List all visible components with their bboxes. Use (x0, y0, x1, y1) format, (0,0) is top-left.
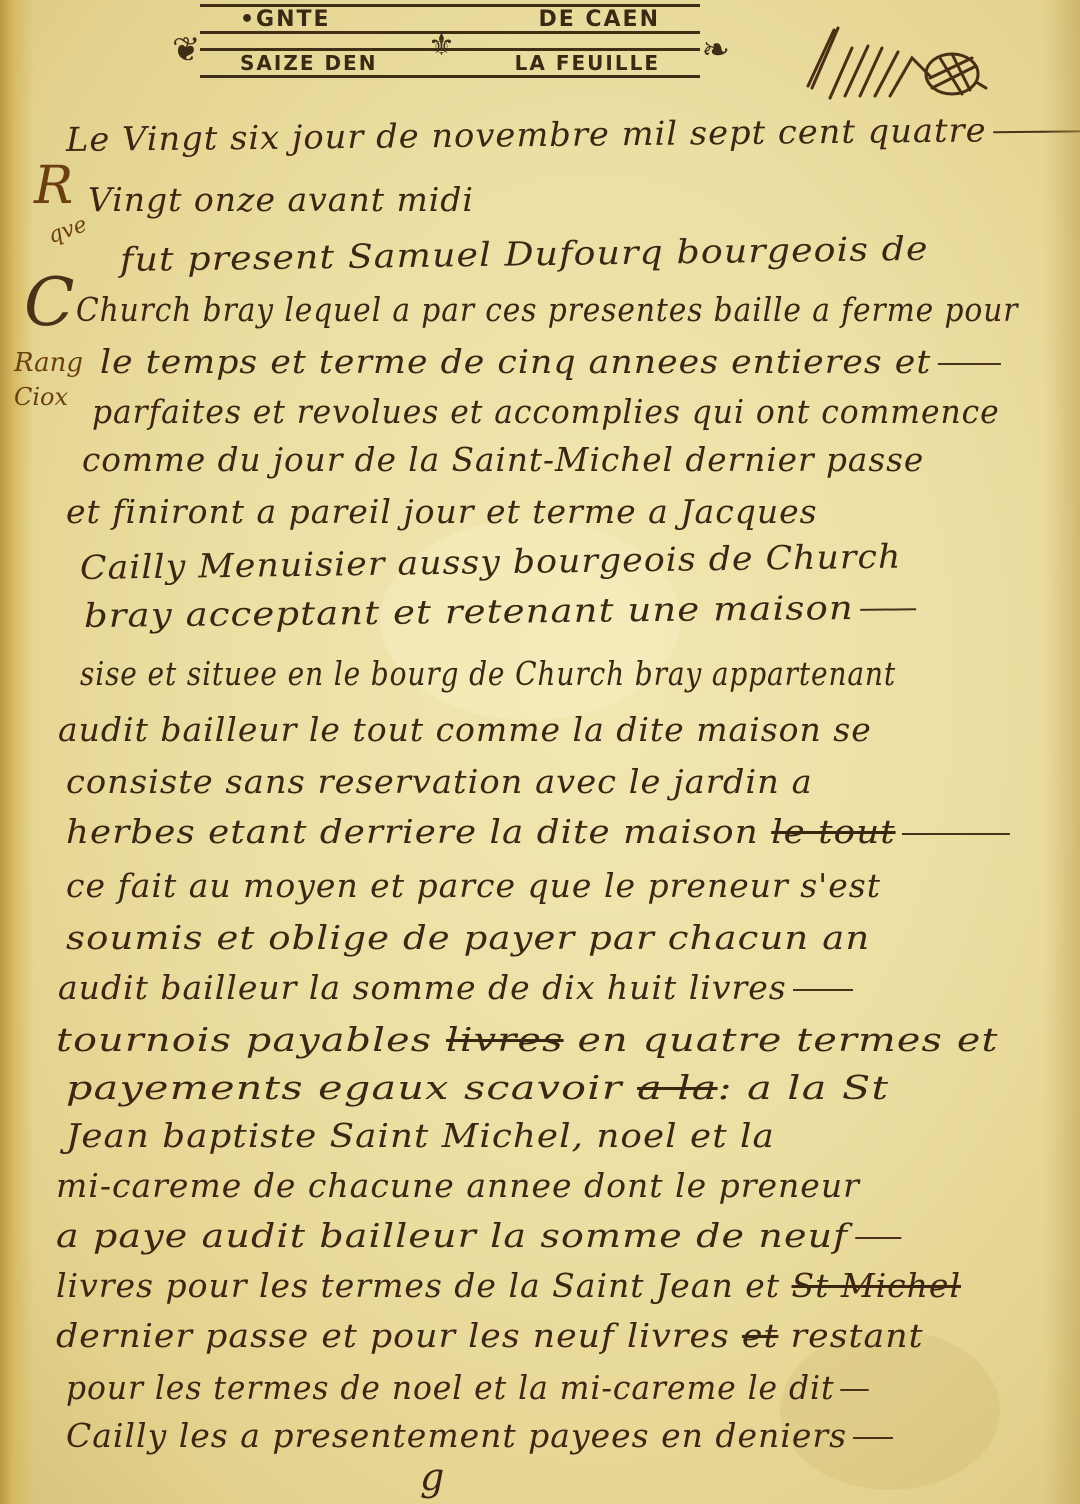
text-line: bray acceptant et retenant une maison (84, 587, 917, 635)
text-line: Le Vingt six jour de novembre mil sept c… (66, 108, 1080, 159)
text-line: tournois payables livres en quatre terme… (56, 1020, 999, 1059)
stamp-line1-right: DE CAEN (538, 7, 660, 32)
margin-note-c: C (24, 270, 75, 336)
folio-mark: g (420, 1455, 444, 1499)
scroll-ornament-left-icon: ❦ (172, 30, 201, 70)
margin-note-qve: qve (45, 214, 90, 248)
stamp-line-2: SAIZE DEN LA FEUILLE (200, 48, 700, 78)
text-line: sise et situee en le bourg de Church bra… (80, 654, 896, 693)
text-line: parfaites et revolues et accomplies qui … (92, 392, 1000, 431)
margin-note-rang: Rang (14, 350, 83, 376)
text-line: payements egaux scavoir a la: a la St (66, 1068, 889, 1107)
text-line: ce fait au moyen et parce que le preneur… (66, 866, 881, 905)
text-line: comme du jour de la Saint-Michel dernier… (82, 440, 924, 479)
text-line: pour les termes de noel et la mi-careme … (66, 1368, 869, 1407)
text-line: herbes etant derriere la dite maison le … (66, 812, 1010, 851)
text-line: dernier passe et pour les neuf livres et… (56, 1316, 924, 1355)
text-line: Cailly Menuisier aussy bourgeois de Chur… (80, 537, 902, 587)
text-line: mi-careme de chacune annee dont le prene… (56, 1166, 860, 1205)
text-line: livres pour les termes de la Saint Jean … (56, 1266, 961, 1305)
text-line: le temps et terme de cinq annees entiere… (100, 342, 1001, 381)
margin-note-r: R (34, 160, 73, 212)
text-line: et finiront a pareil jour et terme a Jac… (66, 492, 818, 531)
text-line: audit bailleur le tout comme la dite mai… (58, 710, 872, 749)
stamp-line2-left: SAIZE DEN (240, 51, 377, 75)
text-line: Church bray lequel a par ces presentes b… (76, 290, 1018, 329)
stamp-line2-right: LA FEUILLE (515, 51, 660, 75)
tax-stamp: ❦ •GNTE DE CAEN ⚜ SAIZE DEN LA FEUILLE ❧ (180, 0, 720, 96)
text-line: Cailly les a presentement payees en deni… (66, 1416, 893, 1455)
scroll-ornament-right-icon: ❧ (702, 30, 731, 70)
margin-note-ciox: Ciox (14, 385, 68, 409)
text-line: Vingt onze avant midi (88, 180, 474, 219)
text-line: soumis et oblige de payer par chacun an (66, 918, 870, 957)
text-line: consiste sans reservation avec le jardin… (66, 762, 813, 801)
text-line: a paye audit bailleur la somme de neuf (56, 1216, 901, 1255)
text-line: Jean baptiste Saint Michel, noel et la (66, 1116, 775, 1155)
stamp-line1-left: •GNTE (240, 7, 331, 32)
paraph-signature-icon (790, 18, 990, 108)
manuscript-page: ❦ •GNTE DE CAEN ⚜ SAIZE DEN LA FEUILLE ❧… (0, 0, 1080, 1504)
text-line: fut present Samuel Dufourq bourgeois de (120, 229, 929, 279)
text-line: audit bailleur la somme de dix huit livr… (58, 968, 853, 1007)
